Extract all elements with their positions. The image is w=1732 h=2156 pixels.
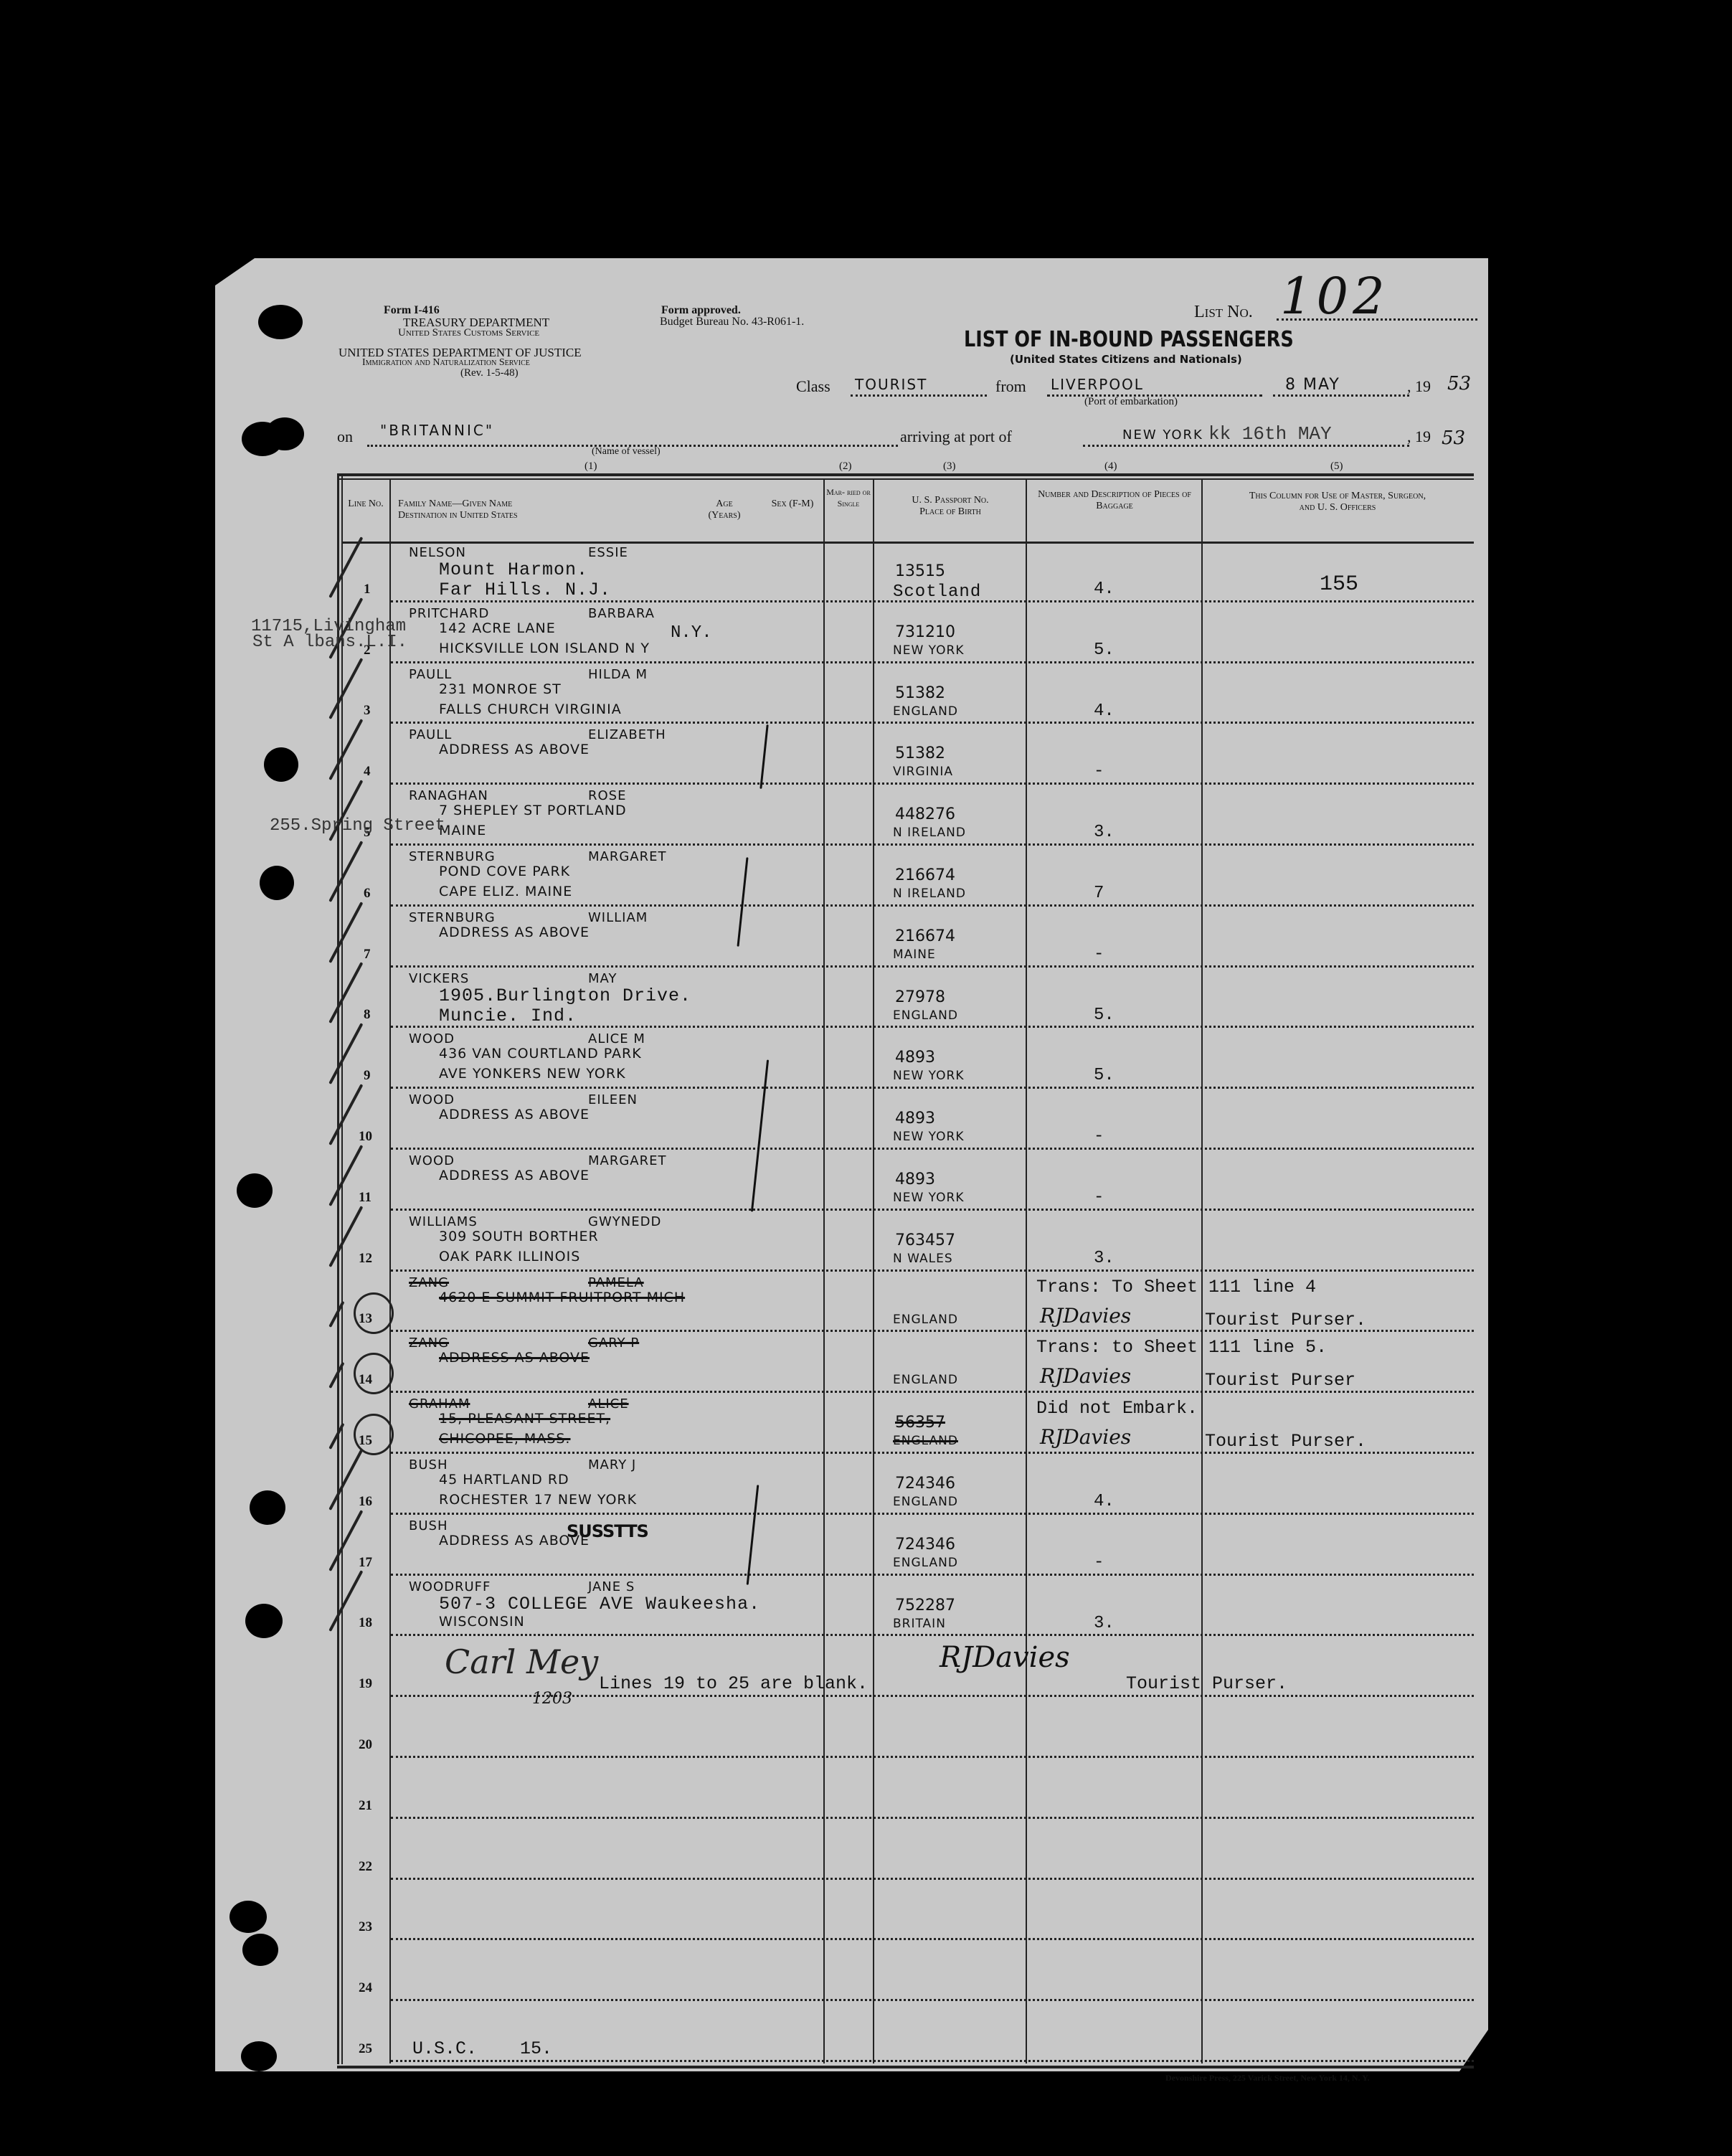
line-number: 16 xyxy=(359,1494,372,1510)
destination-line-2: FALLS CHURCH VIRGINIA xyxy=(439,701,622,717)
row-separator xyxy=(391,1574,1474,1576)
given-name: ESSIE xyxy=(588,545,628,560)
passport-number: 4893 xyxy=(895,1049,935,1067)
arrival-year: 53 xyxy=(1442,427,1465,449)
row-separator xyxy=(391,1026,1474,1028)
header-officers: This Column for Use of Master, Surgeon, … xyxy=(1248,491,1427,514)
vessel-caption: (Name of vessel) xyxy=(592,446,661,458)
given-name: MARGARET xyxy=(588,1153,667,1168)
line-number: 7 xyxy=(364,947,371,963)
budget-bureau: Budget Bureau No. 43-R061-1. xyxy=(660,316,804,328)
customs-service: United States Customs Service xyxy=(398,327,539,339)
hole-punch xyxy=(260,866,294,900)
place-of-birth: Scotland xyxy=(893,582,981,602)
line-number: 8 xyxy=(364,1007,371,1023)
destination-line-2: HICKSVILLE LON ISLAND N Y xyxy=(439,640,650,656)
family-name: PAULL xyxy=(409,667,452,682)
given-name: MARY J xyxy=(588,1457,636,1472)
hole-punch xyxy=(237,1173,273,1208)
passport-number: 4893 xyxy=(895,1171,935,1188)
purser-title: Tourist Purser xyxy=(1205,1370,1355,1391)
place-of-birth: NEW YORK xyxy=(893,643,964,658)
destination-line-1: ADDRESS AS ABOVE xyxy=(439,1350,590,1366)
purser-title: Tourist Purser. xyxy=(1205,1310,1366,1330)
family-name: ZANG xyxy=(409,1335,449,1351)
table-left-border xyxy=(337,473,339,2064)
arrival-line xyxy=(1083,445,1409,447)
family-name: STERNBURG xyxy=(409,849,496,864)
row-separator xyxy=(391,1087,1474,1089)
destination-line-1: ADDRESS AS ABOVE xyxy=(439,1107,590,1122)
destination-line-1: 1905.Burlington Drive. xyxy=(439,985,691,1006)
passenger-count: 15. xyxy=(520,2038,552,2059)
inspector-signature: Carl Mey xyxy=(445,1642,598,1681)
officer-note: 155 xyxy=(1320,572,1358,597)
family-name: GRAHAM xyxy=(409,1396,470,1412)
passport-number: 724346 xyxy=(895,1475,955,1493)
family-name: PAULL xyxy=(409,727,452,742)
list-no-label: List No. xyxy=(1194,303,1253,322)
purser-signature: RJDavies xyxy=(1040,1425,1131,1449)
row-separator xyxy=(391,1938,1474,1940)
printer-imprint: Devonshire Press, 225 Varick Street, New… xyxy=(1165,2073,1370,2084)
destination-line-2: CHICOPEE, MASS. xyxy=(439,1431,570,1447)
line-number: 19 xyxy=(359,1676,372,1692)
header-family-name: Family Name—Given Name xyxy=(398,498,512,510)
line-number: 25 xyxy=(359,2041,372,2057)
form-title: LIST OF IN-BOUND PASSENGERS xyxy=(964,327,1294,352)
header-married: Mar- ried or Single xyxy=(825,486,872,509)
line-number-circle xyxy=(354,1292,394,1334)
place-of-birth: ENGLAND xyxy=(893,1495,958,1509)
vessel-name: "BRITANNIC" xyxy=(380,422,494,439)
destination-line-1: 507-3 COLLEGE AVE Waukeesha. xyxy=(439,1594,760,1614)
arrival-date: kk 16th MAY xyxy=(1208,423,1332,445)
hole-punch xyxy=(242,1934,278,1966)
header-birthplace: Place of Birth xyxy=(875,506,1026,518)
baggage-count: - xyxy=(1094,762,1104,781)
hole-punch xyxy=(229,1901,267,1933)
destination-line-1: 142 ACRE LANE xyxy=(439,620,556,636)
on-label: on xyxy=(337,427,353,446)
col-number-5: (5) xyxy=(1330,460,1343,473)
line-number: 21 xyxy=(359,1798,372,1814)
header-bottom-rule xyxy=(341,542,1474,544)
place-of-birth: NEW YORK xyxy=(893,1191,964,1205)
destination-line-2: WISCONSIN xyxy=(439,1614,525,1630)
destination-line-1: 436 VAN COURTLAND PARK xyxy=(439,1046,642,1062)
margin-note-row5: 255.Spring Street xyxy=(270,816,445,836)
given-name: JANE S xyxy=(588,1579,635,1594)
transfer-note: Trans: To Sheet 111 line 4 xyxy=(1036,1277,1316,1297)
place-of-birth: ENGLAND xyxy=(893,704,958,719)
table-bottom-rule xyxy=(337,2066,1474,2068)
given-name: ELIZABETH xyxy=(588,727,666,742)
family-name: RANAGHAN xyxy=(409,788,488,803)
destination-line-2: Far Hills. N.J. xyxy=(439,580,611,600)
destination-line-1: 4620 E SUMMIT FRUITPORT MICH xyxy=(439,1290,685,1305)
destination-line-2: AVE YONKERS NEW YORK xyxy=(439,1066,626,1082)
revision: (Rev. 1-5-48) xyxy=(460,367,519,379)
line-number: 12 xyxy=(359,1251,372,1267)
table-top-rule-2 xyxy=(337,478,1474,480)
passport-number: 4893 xyxy=(895,1110,935,1127)
row-separator xyxy=(391,904,1474,907)
destination-line-2: OAK PARK ILLINOIS xyxy=(439,1249,580,1264)
family-name: STERNBURG xyxy=(409,910,496,925)
line-number: 22 xyxy=(359,1859,372,1875)
class-value: TOURIST xyxy=(855,376,927,393)
family-name: WOOD xyxy=(409,1092,455,1107)
baggage-count: - xyxy=(1094,1553,1104,1572)
line-number: 18 xyxy=(359,1615,372,1631)
family-name: NELSON xyxy=(409,545,466,560)
line-number-circle xyxy=(354,1353,394,1394)
line-number: 6 xyxy=(364,886,371,902)
row-separator xyxy=(391,1878,1474,1880)
given-name: MARGARET xyxy=(588,849,667,864)
row-separator xyxy=(391,1756,1474,1758)
row-separator xyxy=(391,965,1474,968)
place-of-birth: ENGLAND xyxy=(893,1008,958,1023)
class-label: Class xyxy=(796,377,830,396)
row-separator xyxy=(391,1209,1474,1211)
family-name: WOOD xyxy=(409,1153,455,1168)
place-of-birth: ENGLAND xyxy=(893,1313,958,1327)
given-name: EILEEN xyxy=(588,1092,638,1107)
row-separator xyxy=(391,1270,1474,1272)
destination-line-1: 7 SHEPLEY ST PORTLAND xyxy=(439,803,627,818)
place-of-birth: MAINE xyxy=(893,947,936,962)
purser-title: Tourist Purser. xyxy=(1126,1673,1287,1694)
header-age: Age (Years) xyxy=(703,498,746,521)
row-separator xyxy=(391,1634,1474,1636)
row-separator xyxy=(391,1330,1474,1332)
hole-punch xyxy=(258,305,303,339)
place-of-birth: N IRELAND xyxy=(893,826,966,840)
destination-line-1: ADDRESS AS ABOVE xyxy=(439,925,590,940)
baggage-count: - xyxy=(1094,1188,1104,1207)
passport-number: 13515 xyxy=(895,562,945,580)
margin-note-row2-line2: St A lbans.L.I. xyxy=(252,633,407,652)
col-number-1: (1) xyxy=(585,460,597,473)
baggage-count: 4. xyxy=(1094,701,1115,721)
purser-signature: RJDavies xyxy=(1040,1304,1131,1328)
date-line xyxy=(1273,394,1409,397)
baggage-count: 5. xyxy=(1094,640,1115,660)
passport-number: 724346 xyxy=(895,1536,955,1554)
form-subtitle: (United States Citizens and Nationals) xyxy=(1010,353,1242,366)
destination-line-1: 15, PLEASANT STREET, xyxy=(439,1411,610,1427)
transfer-note: Trans: to Sheet 111 line 5. xyxy=(1036,1337,1327,1358)
given-name: HILDA M xyxy=(588,667,648,682)
destination-line-1: 231 MONROE ST xyxy=(439,681,562,697)
place-of-birth: NEW YORK xyxy=(893,1130,964,1144)
purser-signature: RJDavies xyxy=(1040,1364,1131,1388)
row-separator xyxy=(391,722,1474,724)
line-number: 23 xyxy=(359,1919,372,1935)
destination-line-1: ADDRESS AS ABOVE xyxy=(439,1168,590,1183)
family-name: WOOD xyxy=(409,1031,455,1046)
family-name: ZANG xyxy=(409,1275,449,1290)
baggage-count: 4. xyxy=(1094,580,1115,599)
baggage-count: 7 xyxy=(1094,884,1104,903)
passport-number: 51382 xyxy=(895,684,945,702)
destination-line-1: ADDRESS AS ABOVE xyxy=(439,742,590,757)
row-separator xyxy=(391,783,1474,785)
list-no-value: 102 xyxy=(1280,267,1389,326)
departure-date: 8 MAY xyxy=(1285,376,1340,394)
row-separator xyxy=(391,1817,1474,1819)
line-number: 24 xyxy=(359,1980,372,1996)
passport-number: 56357 xyxy=(895,1414,945,1432)
line-number: 20 xyxy=(359,1737,372,1753)
baggage-count: 3. xyxy=(1094,1614,1115,1633)
place-of-birth: N WALES xyxy=(893,1252,953,1266)
hole-punch xyxy=(245,1604,283,1638)
place-of-birth: NEW YORK xyxy=(893,1069,964,1083)
given-name: PAMELA xyxy=(588,1275,644,1290)
destination-line-2: ROCHESTER 17 NEW YORK xyxy=(439,1492,637,1508)
row-separator xyxy=(391,2060,1474,2062)
arrival-port: NEW YORK xyxy=(1122,427,1203,443)
inspector-number: 1203 xyxy=(532,1690,572,1708)
row-note: U.S.C. xyxy=(412,2038,477,2059)
header-line-no: Line No. xyxy=(343,498,389,510)
destination-line-2: CAPE ELIZ. MAINE xyxy=(439,884,572,899)
line-number: 9 xyxy=(364,1068,371,1084)
header-baggage: Number and Description of Pieces of Bagg… xyxy=(1029,489,1200,512)
col-number-4: (4) xyxy=(1104,460,1117,473)
passport-number: 752287 xyxy=(895,1597,955,1614)
line-number: 3 xyxy=(364,703,371,719)
year-prefix: , 19 xyxy=(1407,377,1431,396)
purser-signature: RJDavies xyxy=(940,1641,1070,1674)
baggage-count: 4. xyxy=(1094,1492,1115,1511)
stamp-mark: SUSSTTS xyxy=(567,1521,648,1541)
given-name: ALICE xyxy=(588,1396,629,1412)
family-name: PRITCHARD xyxy=(409,606,489,621)
hole-punch xyxy=(250,1490,285,1525)
family-name: VICKERS xyxy=(409,971,469,986)
line-number: 11 xyxy=(359,1190,372,1206)
row-note: Lines 19 to 25 are blank. xyxy=(599,1673,868,1694)
from-label: from xyxy=(995,377,1026,396)
header-destination: Destination in United States xyxy=(398,510,518,521)
given-name: WILLIAM xyxy=(588,910,648,925)
baggage-count: - xyxy=(1094,1127,1104,1146)
row-separator xyxy=(391,1391,1474,1393)
row-separator xyxy=(391,661,1474,663)
table-top-rule xyxy=(337,473,1474,476)
baggage-count: - xyxy=(1094,945,1104,964)
place-of-birth: N IRELAND xyxy=(893,886,966,901)
line-number: 1 xyxy=(364,582,371,597)
given-name: BARBARA xyxy=(588,606,655,621)
place-of-birth: ENGLAND xyxy=(893,1373,958,1387)
port-of-embarkation: LIVERPOOL xyxy=(1051,376,1144,393)
given-name: ALICE M xyxy=(588,1031,645,1046)
destination-line-1: 309 SOUTH BORTHER xyxy=(439,1229,599,1244)
destination-line-2: MAINE xyxy=(439,823,486,838)
row-separator xyxy=(391,1513,1474,1515)
row-separator xyxy=(391,1999,1474,2001)
family-name: BUSH xyxy=(409,1518,448,1533)
given-name: GARY P xyxy=(588,1335,639,1351)
passport-number: 51382 xyxy=(895,744,945,762)
arriving-label: arriving at port of xyxy=(900,427,1012,446)
transfer-note: Did not Embark. xyxy=(1036,1398,1198,1419)
passport-number: 216674 xyxy=(895,866,955,884)
given-name: ROSE xyxy=(588,788,626,803)
family-name: BUSH xyxy=(409,1457,448,1472)
table-left-border-2 xyxy=(341,473,343,2064)
arrival-year-prefix: , 19 xyxy=(1407,427,1431,446)
passport-number: 216674 xyxy=(895,927,955,945)
hole-punch xyxy=(265,417,304,450)
passport-number: 763457 xyxy=(895,1231,955,1249)
header-sex: Sex (F-M) xyxy=(771,498,814,510)
place-of-birth: VIRGINIA xyxy=(893,765,953,779)
row-separator xyxy=(391,843,1474,846)
destination-note: N.Y. xyxy=(671,623,712,643)
destination-line-1: 45 HARTLAND RD xyxy=(439,1472,569,1488)
line-number: 4 xyxy=(364,764,371,780)
col-number-2: (2) xyxy=(839,460,852,473)
row-separator xyxy=(391,1148,1474,1150)
form-paper xyxy=(215,258,1488,2071)
passport-number: 27978 xyxy=(895,988,945,1006)
family-name: WILLIAMS xyxy=(409,1214,478,1229)
hole-punch xyxy=(241,2041,277,2071)
passport-number: 731210 xyxy=(895,623,955,641)
baggage-count: 5. xyxy=(1094,1006,1115,1025)
place-of-birth: ENGLAND xyxy=(893,1434,958,1448)
given-name: GWYNEDD xyxy=(588,1214,661,1229)
passport-number: 448276 xyxy=(895,805,955,823)
place-of-birth: ENGLAND xyxy=(893,1556,958,1570)
destination-line-1: Mount Harmon. xyxy=(439,559,588,580)
baggage-count: 3. xyxy=(1094,823,1115,842)
row-separator xyxy=(391,1452,1474,1454)
destination-line-1: POND COVE PARK xyxy=(439,864,570,879)
baggage-count: 5. xyxy=(1094,1066,1115,1085)
header-passport: U. S. Passport No. xyxy=(875,495,1026,506)
line-number: 17 xyxy=(359,1555,372,1571)
line-number: 10 xyxy=(359,1129,372,1145)
col-number-3: (3) xyxy=(943,460,956,473)
class-line xyxy=(851,394,987,397)
given-name: MAY xyxy=(588,971,617,986)
departure-year: 53 xyxy=(1447,373,1471,394)
purser-title: Tourist Purser. xyxy=(1205,1431,1366,1452)
place-of-birth: BRITAIN xyxy=(893,1617,946,1631)
family-name: WOODRUFF xyxy=(409,1579,491,1594)
destination-line-2: Muncie. Ind. xyxy=(439,1006,577,1026)
port-caption: (Port of embarkation) xyxy=(1084,396,1178,408)
baggage-count: 3. xyxy=(1094,1249,1115,1268)
hole-punch xyxy=(264,747,298,782)
